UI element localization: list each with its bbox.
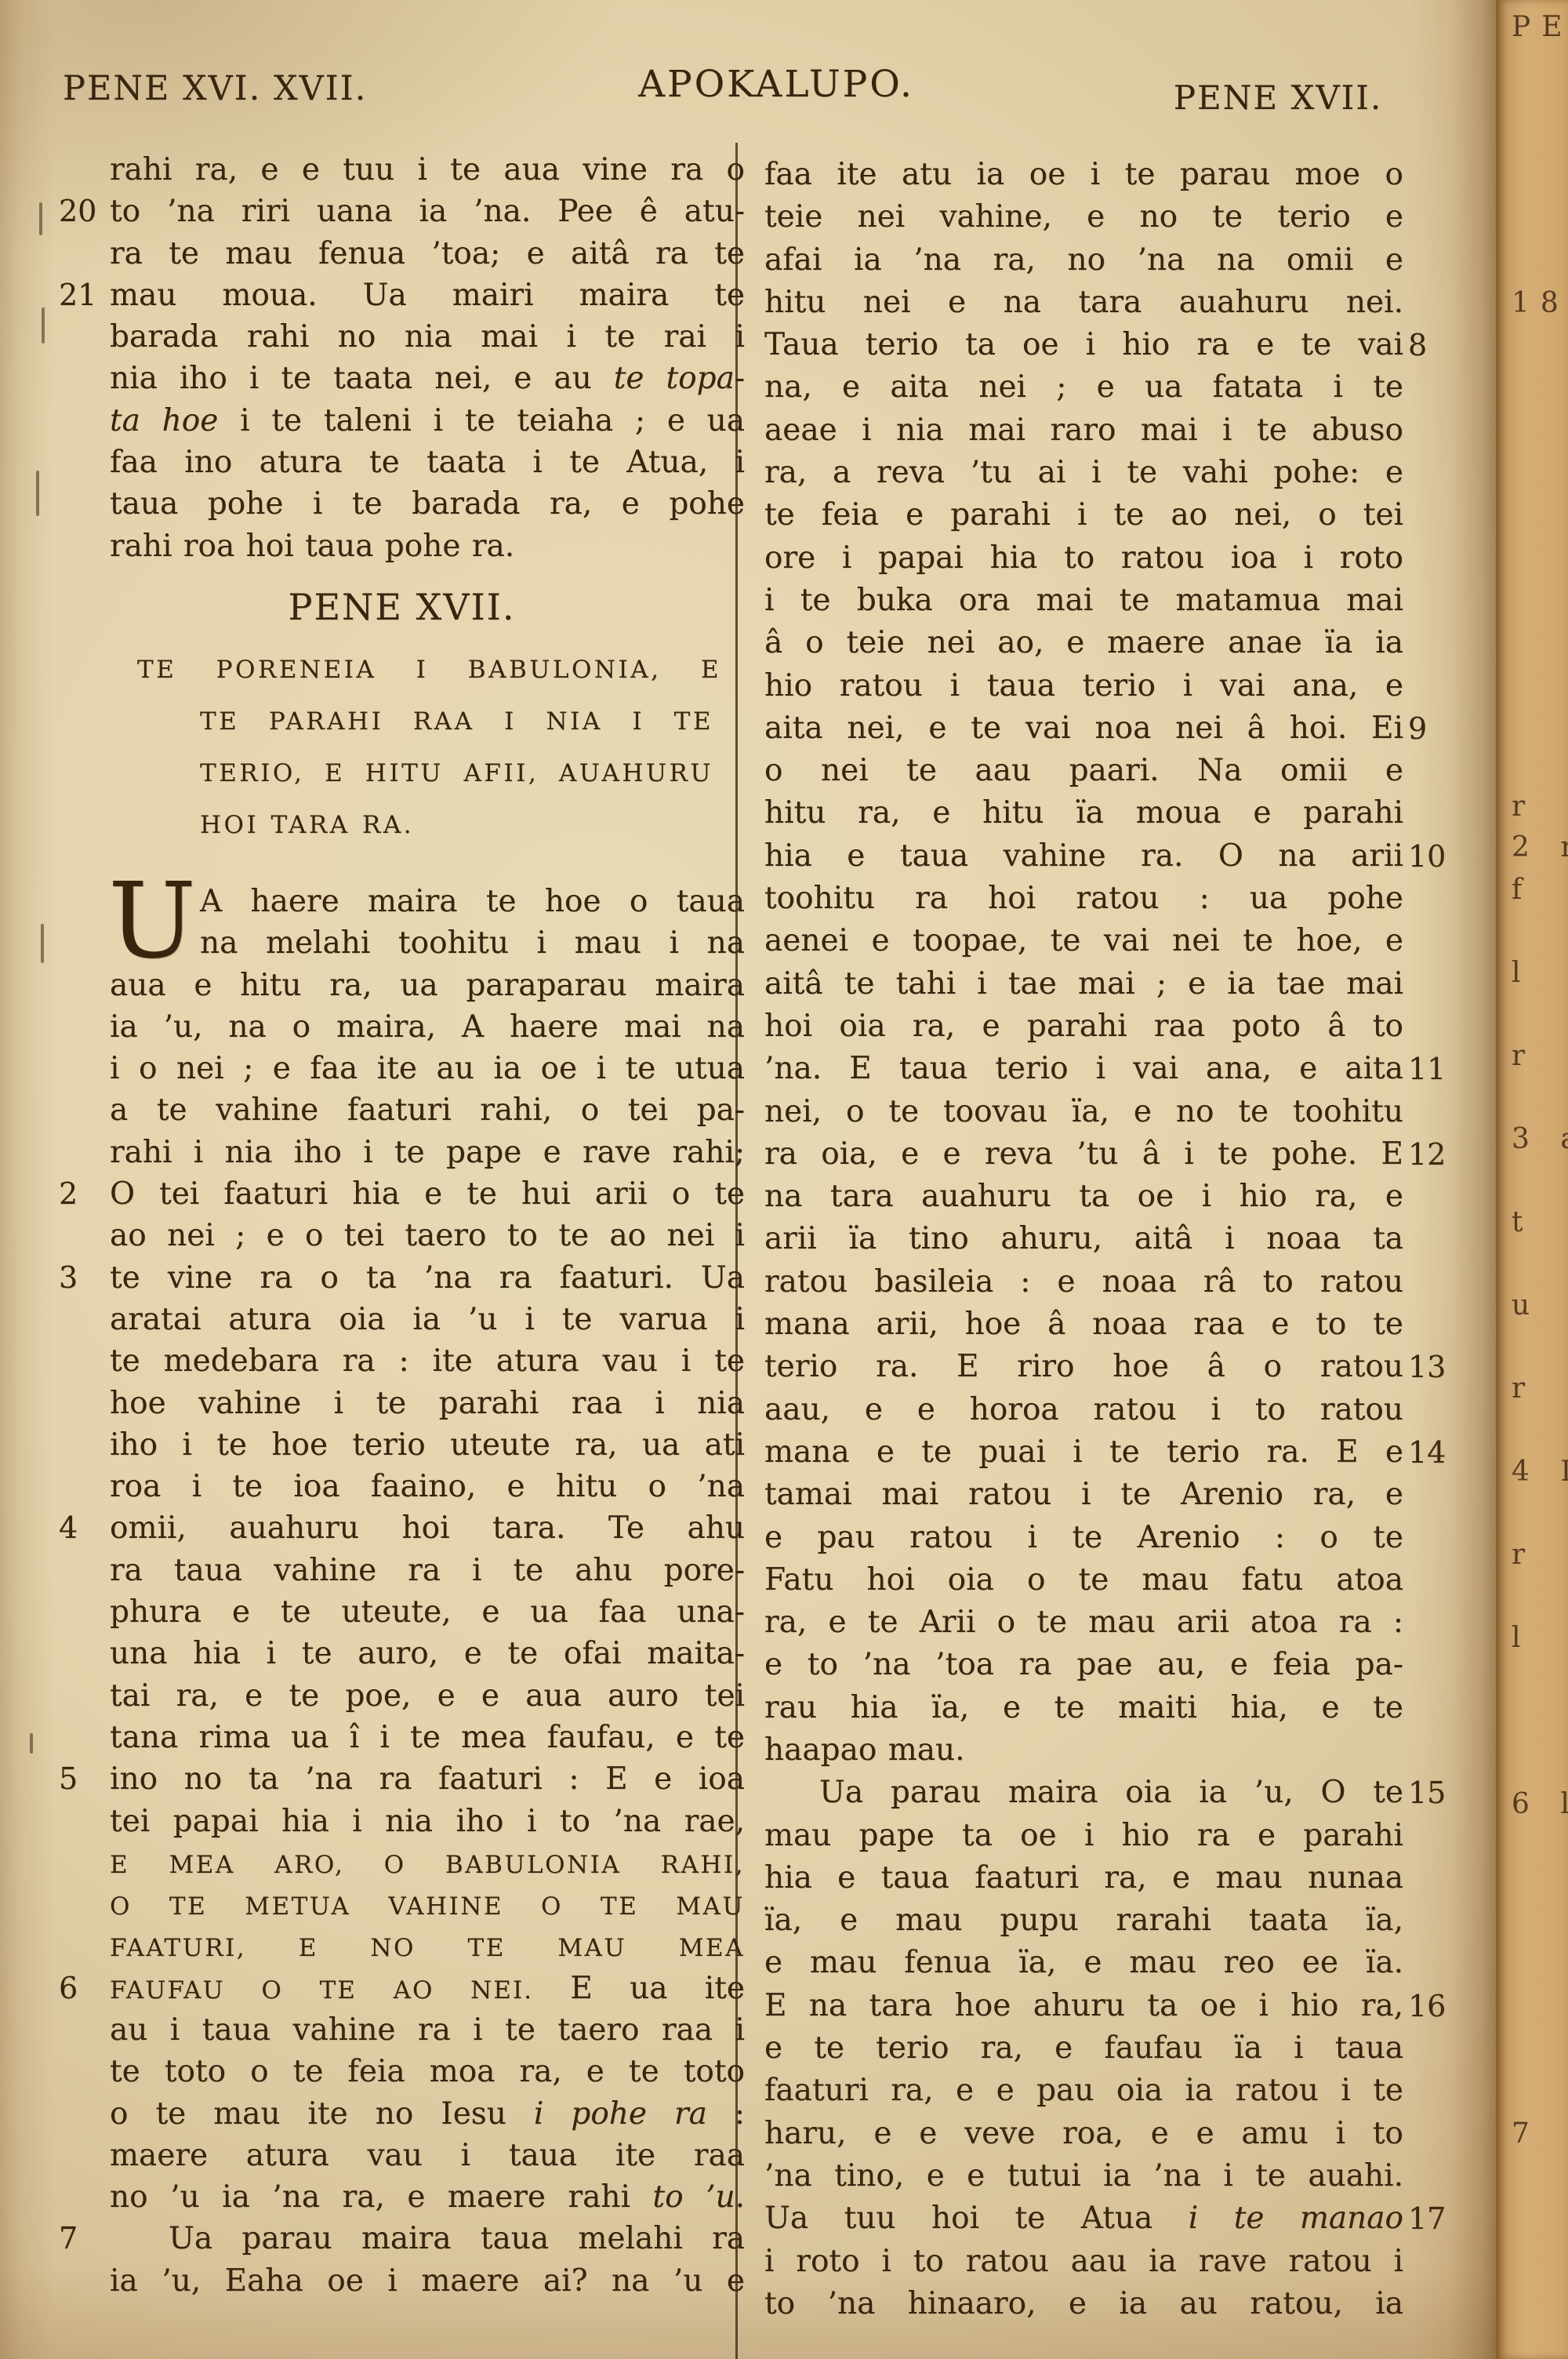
text-line: Fatu hoi oia o te mau fatu atoa: [764, 1559, 1465, 1601]
text-line: 8Taua terio ta oe i hio ra e te vai: [764, 324, 1465, 366]
line-text: hia e taua vahine ra. O na arii: [764, 838, 1403, 874]
text-line: mau pape ta oe i hio ra e parahi: [764, 1815, 1465, 1857]
line-text: tana rima ua î i te mea faufau, e te: [110, 1720, 745, 1755]
line-text: ore i papai hia to ratou ioa i roto: [764, 540, 1403, 576]
text-line: au i taua vahine ra i te taero raa i: [59, 2009, 745, 2051]
verse-number: 14: [1408, 1431, 1465, 1474]
text-line: ao nei ; e o tei taero to te ao nei i: [59, 1215, 745, 1256]
right-column-lines: faa ite atu ia oe i te parau moe oteie n…: [764, 154, 1465, 2325]
verse-number: 16: [1408, 1985, 1465, 2027]
text-line: 6FAUFAU O TE AO NEI. E ua ite: [59, 1968, 745, 2009]
text-line: ta hoe i te taleni i te teiaha ; e ua: [59, 400, 745, 442]
line-text: tai ra, e te poe, e e aua auro tei: [110, 1678, 745, 1714]
verse-number: 15: [1408, 1772, 1465, 1814]
text-line: hio ratou i taua terio i vai ana, e: [764, 665, 1465, 707]
line-text: â o teie nei ao, e maere anae ïa ia: [764, 625, 1403, 660]
text-line: 17Ua tuu hoi te Atua i te manao: [764, 2197, 1465, 2240]
text-line: aeae i nia mai raro mai i te abuso: [764, 409, 1465, 452]
text-line: ra, a reva ’tu ai i te vahi pohe: e: [764, 452, 1465, 494]
facing-page-text-fragment: r: [1512, 791, 1536, 823]
text-line: â o teie nei ao, e maere anae ïa ia: [764, 622, 1465, 664]
line-text: roa i te ioa faaino, e hitu o ’na: [110, 1469, 745, 1504]
line-text: hitu nei e na tara auahuru nei.: [764, 285, 1403, 320]
verse-number: 17: [1408, 2197, 1465, 2240]
text-line: iho i te hoe terio uteute ra, ua ati: [59, 1424, 745, 1466]
line-text: ra taua vahine ra i te ahu pore-: [110, 1553, 745, 1588]
text-line: te toto o te feia moa ra, e te toto: [59, 2051, 745, 2092]
line-text: na, e aita nei ; e ua fatata i te: [764, 369, 1403, 405]
text-line: e pau ratou i te Arenio : o te: [764, 1517, 1465, 1559]
line-text: ia ’u, Eaha oe i maere ai? na ’u e: [110, 2263, 745, 2299]
text-line: faa ino atura te taata i te Atua, i: [59, 442, 745, 483]
verse-number: 5: [59, 1758, 104, 1800]
line-text: ratou basileia : e noaa râ to ratou: [764, 1264, 1403, 1299]
text-line: nei, o te toovau ïa, e no te toohitu: [764, 1091, 1465, 1133]
text-line: hitu ra, e hitu ïa moua e parahi: [764, 792, 1465, 834]
margin-ink-mark: [36, 471, 39, 516]
line-text: ’na. E taua terio i vai ana, e aita: [764, 1051, 1403, 1086]
text-line: hoe vahine i te parahi raa i nia: [59, 1383, 745, 1424]
text-line: 15Ua parau maira oia ia ’u, O te: [764, 1772, 1465, 1814]
line-text: maere atura vau i taua ite raa: [110, 2138, 745, 2173]
text-line: FAATURI, E NO TE MAU MEA: [59, 1925, 745, 1967]
line-text: toohitu ra hoi ratou : ua pohe: [764, 881, 1403, 916]
verse-number: 10: [1408, 835, 1465, 878]
facing-page-text-fragment: 2 r: [1512, 831, 1568, 863]
line-text: tamai mai ratou i te Arenio ra, e: [764, 1477, 1403, 1512]
text-line: tamai mai ratou i te Arenio ra, e: [764, 1474, 1465, 1516]
line-text: O tei faaturi hia e te hui arii o te: [110, 1176, 745, 1212]
line-text: Taua terio ta oe i hio ra e te vai: [764, 327, 1403, 362]
facing-page-text-fragment: r: [1512, 1040, 1536, 1072]
line-text: to ’na riri uana ia ’na. Pee ê atu-: [110, 194, 745, 229]
verse-number: 4: [59, 1507, 104, 1549]
text-line: aitâ te tahi i tae mai ; e ia tae mai: [764, 963, 1465, 1005]
text-line: 3te vine ra o ta ’na ra faaturi. Ua: [59, 1257, 745, 1299]
text-line: 7Ua parau maira taua melahi ra: [59, 2218, 745, 2259]
line-text: au i taua vahine ra i te taero raa i: [110, 2012, 745, 2048]
text-line: E MEA ARO, O BABULONIA RAHI,: [59, 1842, 745, 1884]
line-text: Ua parau maira taua melahi ra: [169, 2221, 745, 2256]
line-text: hoe vahine i te parahi raa i nia: [110, 1386, 745, 1421]
section-heading-line: HOI TARA RA.: [59, 799, 745, 851]
line-text: E MEA ARO, O BABULONIA RAHI,: [110, 1851, 745, 1879]
text-line: haapao mau.: [764, 1729, 1465, 1772]
line-text: aitâ te tahi i tae mai ; e ia tae mai: [764, 966, 1403, 1001]
verse-number: 9: [1408, 707, 1465, 750]
facing-page-text-fragment: 3 a: [1512, 1123, 1568, 1155]
facing-page-text-fragment: 18: [1512, 287, 1568, 319]
text-line: una hia i te auro, e te ofai maita-: [59, 1633, 745, 1674]
line-text: hitu ra, e hitu ïa moua e parahi: [764, 795, 1403, 831]
verse-number: 7: [59, 2218, 104, 2259]
line-text: na melahi toohitu i mau i na: [200, 925, 745, 961]
facing-page-text-fragment: r: [1512, 1372, 1536, 1405]
line-text: i roto i to ratou aau ia rave ratou i: [764, 2244, 1403, 2279]
text-line: faaturi ra, e e pau oia ia ratou i te: [764, 2070, 1465, 2112]
text-line: afai ia ’na ra, no ’na na omii e: [764, 239, 1465, 282]
line-text: A haere maira te hoe o taua: [200, 884, 745, 919]
verse-number: 20: [59, 191, 104, 232]
text-line: na, e aita nei ; e ua fatata i te: [764, 366, 1465, 409]
text-line: 20to ’na riri uana ia ’na. Pee ê atu-: [59, 191, 745, 232]
chapter-summary-heading: TE PORENEIA I BABULONIA, ETE PARAHI RAA …: [59, 644, 745, 851]
line-text: aua e hitu ra, ua paraparau maira: [110, 968, 745, 1003]
line-text: to ’na hinaaro, e ia au ratou, ia: [764, 2286, 1403, 2321]
line-text: aita nei, e te vai noa nei â hoi. Ei: [764, 711, 1403, 746]
right-column: faa ite atu ia oe i te parau moe oteie n…: [764, 154, 1465, 2325]
text-line: tei papai hia i nia iho i to ’na rae,: [59, 1801, 745, 1842]
line-text: ao nei ; e o tei taero to te ao nei i: [110, 1218, 745, 1253]
text-line: hitu nei e na tara auahuru nei.: [764, 282, 1465, 324]
line-text: a te vahine faaturi rahi, o tei pa-: [110, 1092, 745, 1128]
text-line: mana arii, hoe â noaa raa e to te: [764, 1303, 1465, 1346]
verse-number: 21: [59, 274, 104, 316]
text-line: 12ra oia, e e reva ’tu â i te pohe. E: [764, 1133, 1465, 1176]
line-text: terio ra. E riro hoe â o ratou: [764, 1349, 1403, 1384]
verse-number: 12: [1408, 1133, 1465, 1176]
facing-page-text-fragment: l: [1512, 957, 1532, 989]
text-line: ia ’u, na o maira, A haere mai na: [59, 1006, 745, 1048]
text-line: 14mana e te puai i te terio ra. E e: [764, 1431, 1465, 1474]
text-line: rahi ra, e e tuu i te aua vine ra o: [59, 149, 745, 191]
line-text: na tara auahuru ta oe i hio ra, e: [764, 1179, 1403, 1214]
line-text: ra te mau fenua ’toa; e aitâ ra te: [110, 236, 745, 271]
line-text: e to ’na ’toa ra pae au, e feia pa-: [764, 1647, 1403, 1682]
line-text: teie nei vahine, e no te terio e: [764, 199, 1403, 234]
text-line: nia iho i te taata nei, e au te topa-: [59, 358, 745, 399]
line-text: afai ia ’na ra, no ’na na omii e: [764, 242, 1403, 278]
line-text: i o nei ; e faa ite au ia oe i te utua: [110, 1051, 745, 1086]
text-line: 13terio ra. E riro hoe â o ratou: [764, 1346, 1465, 1388]
text-line: ra taua vahine ra i te ahu pore-: [59, 1550, 745, 1591]
text-line: 21mau moua. Ua mairi maira te: [59, 274, 745, 316]
line-text: Ua parau maira oia ia ’u, O te: [819, 1775, 1403, 1810]
margin-ink-mark: [39, 202, 42, 235]
line-text: ra oia, e e reva ’tu â i te pohe. E: [764, 1136, 1403, 1172]
text-line: teie nei vahine, e no te terio e: [764, 196, 1465, 238]
text-line: ore i papai hia to ratou ioa i roto: [764, 537, 1465, 580]
facing-page-text-fragment: PE: [1512, 11, 1568, 43]
text-line: no ’u ia ’na ra, e maere rahi to ’u.: [59, 2176, 745, 2218]
facing-page-text-fragment: t: [1512, 1206, 1534, 1238]
book-page-scan: PENE XVI. XVII. APOKALUPO. PENE XVII. ra…: [0, 0, 1568, 2359]
small-caps-text: FAUFAU O TE AO NEI.: [110, 1976, 533, 2005]
text-line: ia ’u, Eaha oe i maere ai? na ’u e: [59, 2260, 745, 2302]
left-column-part2: UA haere maira te hoe o tauana melahi to…: [59, 881, 745, 2302]
text-line: tai ra, e te poe, e e aua auro tei: [59, 1675, 745, 1717]
line-text: iho i te hoe terio uteute ra, ua ati: [110, 1427, 745, 1463]
text-line: phura e te uteute, e ua faa una-: [59, 1591, 745, 1633]
line-text: faa ino atura te taata i te Atua, i: [110, 445, 745, 480]
verse-number: 11: [1408, 1048, 1465, 1090]
text-line: i o nei ; e faa ite au ia oe i te utua: [59, 1048, 745, 1089]
facing-page-text-fragment: f: [1512, 874, 1533, 906]
line-text: te toto o te feia moa ra, e te toto: [110, 2054, 745, 2089]
facing-page-text-fragment: 4 I: [1512, 1456, 1568, 1488]
text-line: o te mau ite no Iesu i pohe ra :: [59, 2093, 745, 2135]
text-line: 16E na tara hoe ahuru ta oe i hio ra,: [764, 1985, 1465, 2027]
line-text: FAUFAU O TE AO NEI. E ua ite: [110, 1971, 745, 2006]
text-line: i te buka ora mai te matamua mai: [764, 580, 1465, 622]
line-text: O TE METUA VAHINE O TE MAU: [110, 1892, 745, 1921]
line-text: tei papai hia i nia iho i to ’na rae,: [110, 1804, 745, 1839]
verse-number: 2: [59, 1173, 104, 1215]
line-text: Fatu hoi oia o te mau fatu atoa: [764, 1562, 1403, 1598]
line-text: e te terio ra, e faufau ïa i taua: [764, 2030, 1403, 2066]
text-line: hia e taua faaturi ra, e mau nunaa: [764, 1857, 1465, 1899]
text-line: na melahi toohitu i mau i na: [59, 922, 745, 964]
left-column-part1: rahi ra, e e tuu i te aua vine ra o20to …: [59, 149, 745, 567]
line-text: e mau fenua ïa, e mau reo ee ïa.: [764, 1945, 1403, 1980]
text-line: 2O tei faaturi hia e te hui arii o te: [59, 1173, 745, 1215]
running-header-right: PENE XVII.: [1160, 78, 1396, 117]
line-text: Ua tuu hoi te Atua i te manao: [764, 2201, 1403, 2236]
section-heading-line: TERIO, E HITU AFII, AUAHURU: [59, 747, 745, 799]
line-text: FAATURI, E NO TE MAU MEA: [110, 1934, 745, 1962]
line-text: aau, e e horoa ratou i to ratou: [764, 1392, 1403, 1427]
line-text: taua pohe i te barada ra, e pohe: [110, 486, 745, 522]
facing-page-text-fragment: r: [1512, 1539, 1536, 1571]
text-line: 10hia e taua vahine ra. O na arii: [764, 835, 1465, 878]
line-text: aenei e toopae, te vai nei te hoe, e: [764, 923, 1403, 958]
line-text: e pau ratou i te Arenio : o te: [764, 1520, 1403, 1555]
text-line: hoi oia ra, e parahi raa poto â to: [764, 1005, 1465, 1048]
line-text: ra, e te Arii o te mau arii atoa ra :: [764, 1605, 1403, 1640]
facing-page-text-fragment: 6 l: [1512, 1788, 1568, 1820]
text-line: toohitu ra hoi ratou : ua pohe: [764, 878, 1465, 920]
line-text: una hia i te auro, e te ofai maita-: [110, 1636, 745, 1671]
line-text: mau pape ta oe i hio ra e parahi: [764, 1818, 1403, 1853]
text-line: roa i te ioa faaino, e hitu o ’na: [59, 1466, 745, 1507]
line-text: ino no ta ’na ra faaturi : E e ioa: [110, 1761, 745, 1797]
line-text: hoi oia ra, e parahi raa poto â to: [764, 1009, 1403, 1044]
text-line: to ’na hinaaro, e ia au ratou, ia: [764, 2283, 1465, 2325]
text-line: te feia e parahi i te ao nei, o tei: [764, 494, 1465, 536]
text-line: o nei te aau paari. Na omii e: [764, 750, 1465, 792]
line-text: o te mau ite no Iesu i pohe ra :: [110, 2096, 745, 2132]
margin-ink-mark: [30, 1733, 33, 1754]
line-text: rau hia ïa, e te maiti hia, e te: [764, 1690, 1403, 1725]
line-text: faa ite atu ia oe i te parau moe o: [764, 157, 1403, 192]
margin-ink-mark: [41, 924, 44, 963]
text-line: 5ino no ta ’na ra faaturi : E e ioa: [59, 1758, 745, 1800]
text-line: UA haere maira te hoe o taua: [59, 881, 745, 922]
text-line: rahi roa hoi taua pohe ra.: [59, 525, 745, 567]
line-text: haru, e e veve roa, e e amu i to: [764, 2116, 1403, 2151]
text-line: rau hia ïa, e te maiti hia, e te: [764, 1687, 1465, 1729]
line-text: E na tara hoe ahuru ta oe i hio ra,: [764, 1988, 1403, 2023]
line-text: rahi i nia iho i te pape e rave rahi;: [110, 1135, 745, 1170]
facing-page-text-fragment: 7: [1512, 2117, 1541, 2150]
text-line: na tara auahuru ta oe i hio ra, e: [764, 1176, 1465, 1218]
line-text: te feia e parahi i te ao nei, o tei: [764, 497, 1403, 533]
text-line: faa ite atu ia oe i te parau moe o: [764, 154, 1465, 196]
text-line: taua pohe i te barada ra, e pohe: [59, 483, 745, 525]
line-text: mau moua. Ua mairi maira te: [110, 278, 745, 313]
line-text: hio ratou i taua terio i vai ana, e: [764, 668, 1403, 703]
line-text: mana e te puai i te terio ra. E e: [764, 1434, 1403, 1470]
line-text: hia e taua faaturi ra, e mau nunaa: [764, 1860, 1403, 1896]
line-text: ia ’u, na o maira, A haere mai na: [110, 1009, 745, 1045]
verse-number: 13: [1408, 1346, 1465, 1388]
line-text: aratai atura oia ia ’u i te varua i: [110, 1302, 745, 1337]
text-line: aenei e toopae, te vai nei te hoe, e: [764, 920, 1465, 962]
line-text: ra, a reva ’tu ai i te vahi pohe: e: [764, 455, 1403, 490]
line-text: rahi roa hoi taua pohe ra.: [110, 529, 514, 564]
text-line: ra, e te Arii o te mau arii atoa ra :: [764, 1601, 1465, 1644]
text-line: 9aita nei, e te vai noa nei â hoi. Ei: [764, 707, 1465, 750]
text-line: aua e hitu ra, ua paraparau maira: [59, 965, 745, 1006]
line-text: te medebara ra : ite atura vau i te: [110, 1343, 745, 1379]
text-line: arii ïa tino ahuru, aitâ i noaa ta: [764, 1218, 1465, 1260]
text-line: ïa, e mau pupu rarahi taata ïa,: [764, 1899, 1465, 1942]
text-line: ’na tino, e e tutui ia ’na i te auahi.: [764, 2155, 1465, 2197]
text-line: aratai atura oia ia ’u i te varua i: [59, 1299, 745, 1340]
line-text: haapao mau.: [764, 1732, 964, 1768]
text-line: tana rima ua î i te mea faufau, e te: [59, 1717, 745, 1758]
text-line: O TE METUA VAHINE O TE MAU: [59, 1884, 745, 1925]
section-heading-line: TE PORENEIA I BABULONIA, E: [59, 644, 745, 696]
text-line: barada rahi no nia mai i te rai i: [59, 316, 745, 358]
text-line: aau, e e horoa ratou i to ratou: [764, 1389, 1465, 1431]
verse-number: 6: [59, 1968, 104, 2009]
text-line: e to ’na ’toa ra pae au, e feia pa-: [764, 1644, 1465, 1686]
text-line: a te vahine faaturi rahi, o tei pa-: [59, 1089, 745, 1131]
line-text: aeae i nia mai raro mai i te abuso: [764, 413, 1403, 448]
text-line: e te terio ra, e faufau ïa i taua: [764, 2027, 1465, 2070]
text-line: 11’na. E taua terio i vai ana, e aita: [764, 1048, 1465, 1090]
text-line: ra te mau fenua ’toa; e aitâ ra te: [59, 233, 745, 274]
facing-page-edge: PE18r2 rflr3 atur4 Irl6 l7: [1496, 0, 1568, 2359]
text-line: maere atura vau i taua ite raa: [59, 2135, 745, 2176]
line-text: ta hoe i te taleni i te teiaha ; e ua: [110, 403, 745, 438]
running-header-left: PENE XVI. XVII.: [63, 69, 367, 108]
line-text: o nei te aau paari. Na omii e: [764, 753, 1403, 788]
line-text: barada rahi no nia mai i te rai i: [110, 319, 745, 354]
margin-ink-mark: [42, 307, 45, 343]
text-line: 4omii, auahuru hoi tara. Te ahu: [59, 1507, 745, 1549]
facing-page-text-fragment: l: [1512, 1622, 1532, 1654]
line-text: nia iho i te taata nei, e au te topa-: [110, 361, 745, 396]
line-text: faaturi ra, e e pau oia ia ratou i te: [764, 2073, 1403, 2108]
line-text: rahi ra, e e tuu i te aua vine ra o: [110, 152, 745, 187]
line-text: nei, o te toovau ïa, e no te toohitu: [764, 1094, 1403, 1129]
chapter-heading: PENE XVII.: [59, 580, 745, 634]
line-text: te vine ra o ta ’na ra faaturi. Ua: [110, 1260, 745, 1296]
line-text: ïa, e mau pupu rarahi taata ïa,: [764, 1903, 1403, 1938]
verse-number: 3: [59, 1257, 104, 1299]
facing-page-text-fragment: u: [1512, 1289, 1541, 1321]
text-line: haru, e e veve roa, e e amu i to: [764, 2113, 1465, 2155]
verse-number: 8: [1408, 324, 1465, 366]
left-column: rahi ra, e e tuu i te aua vine ra o20to …: [59, 149, 745, 2302]
text-line: rahi i nia iho i te pape e rave rahi;: [59, 1132, 745, 1173]
text-line: e mau fenua ïa, e mau reo ee ïa.: [764, 1942, 1465, 1984]
line-text: i te buka ora mai te matamua mai: [764, 583, 1403, 618]
text-line: ratou basileia : e noaa râ to ratou: [764, 1261, 1465, 1303]
line-text: mana arii, hoe â noaa raa e to te: [764, 1307, 1403, 1342]
line-text: omii, auahuru hoi tara. Te ahu: [110, 1510, 745, 1546]
line-text: ’na tino, e e tutui ia ’na i te auahi.: [764, 2158, 1403, 2194]
text-line: te medebara ra : ite atura vau i te: [59, 1340, 745, 1382]
line-text: phura e te uteute, e ua faa una-: [110, 1594, 745, 1630]
line-text: arii ïa tino ahuru, aitâ i noaa ta: [764, 1221, 1403, 1256]
running-header-title: APOKALUPO.: [549, 63, 1004, 106]
line-text: no ’u ia ’na ra, e maere rahi to ’u.: [110, 2179, 745, 2215]
text-line: i roto i to ratou aau ia rave ratou i: [764, 2241, 1465, 2283]
section-heading-line: TE PARAHI RAA I NIA I TE: [59, 696, 745, 747]
